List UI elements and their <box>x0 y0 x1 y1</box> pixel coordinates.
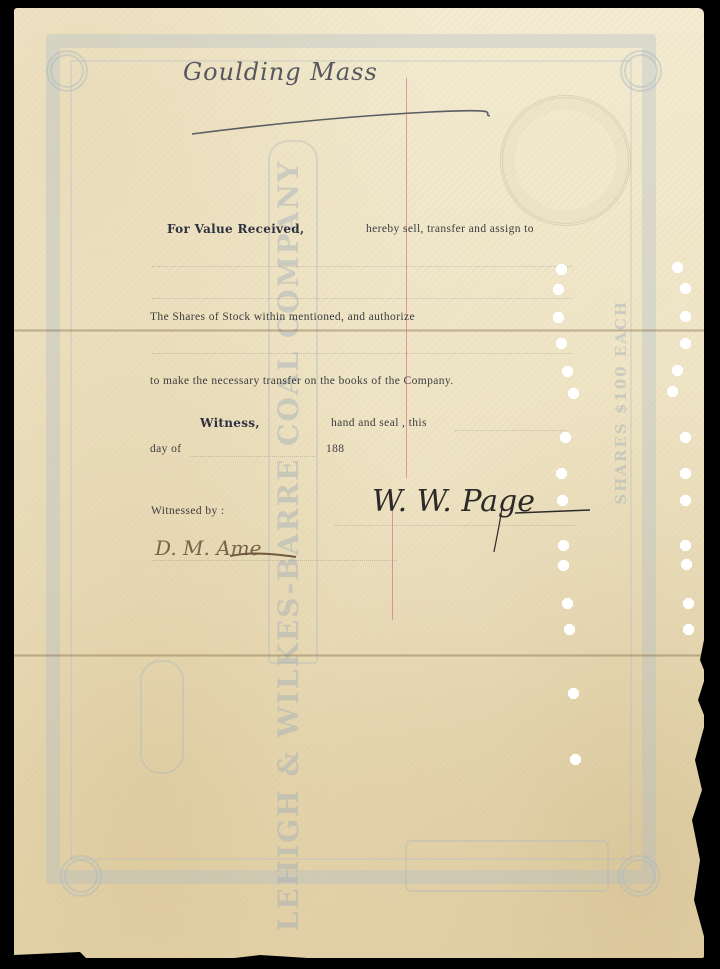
torn-edge <box>0 0 720 969</box>
